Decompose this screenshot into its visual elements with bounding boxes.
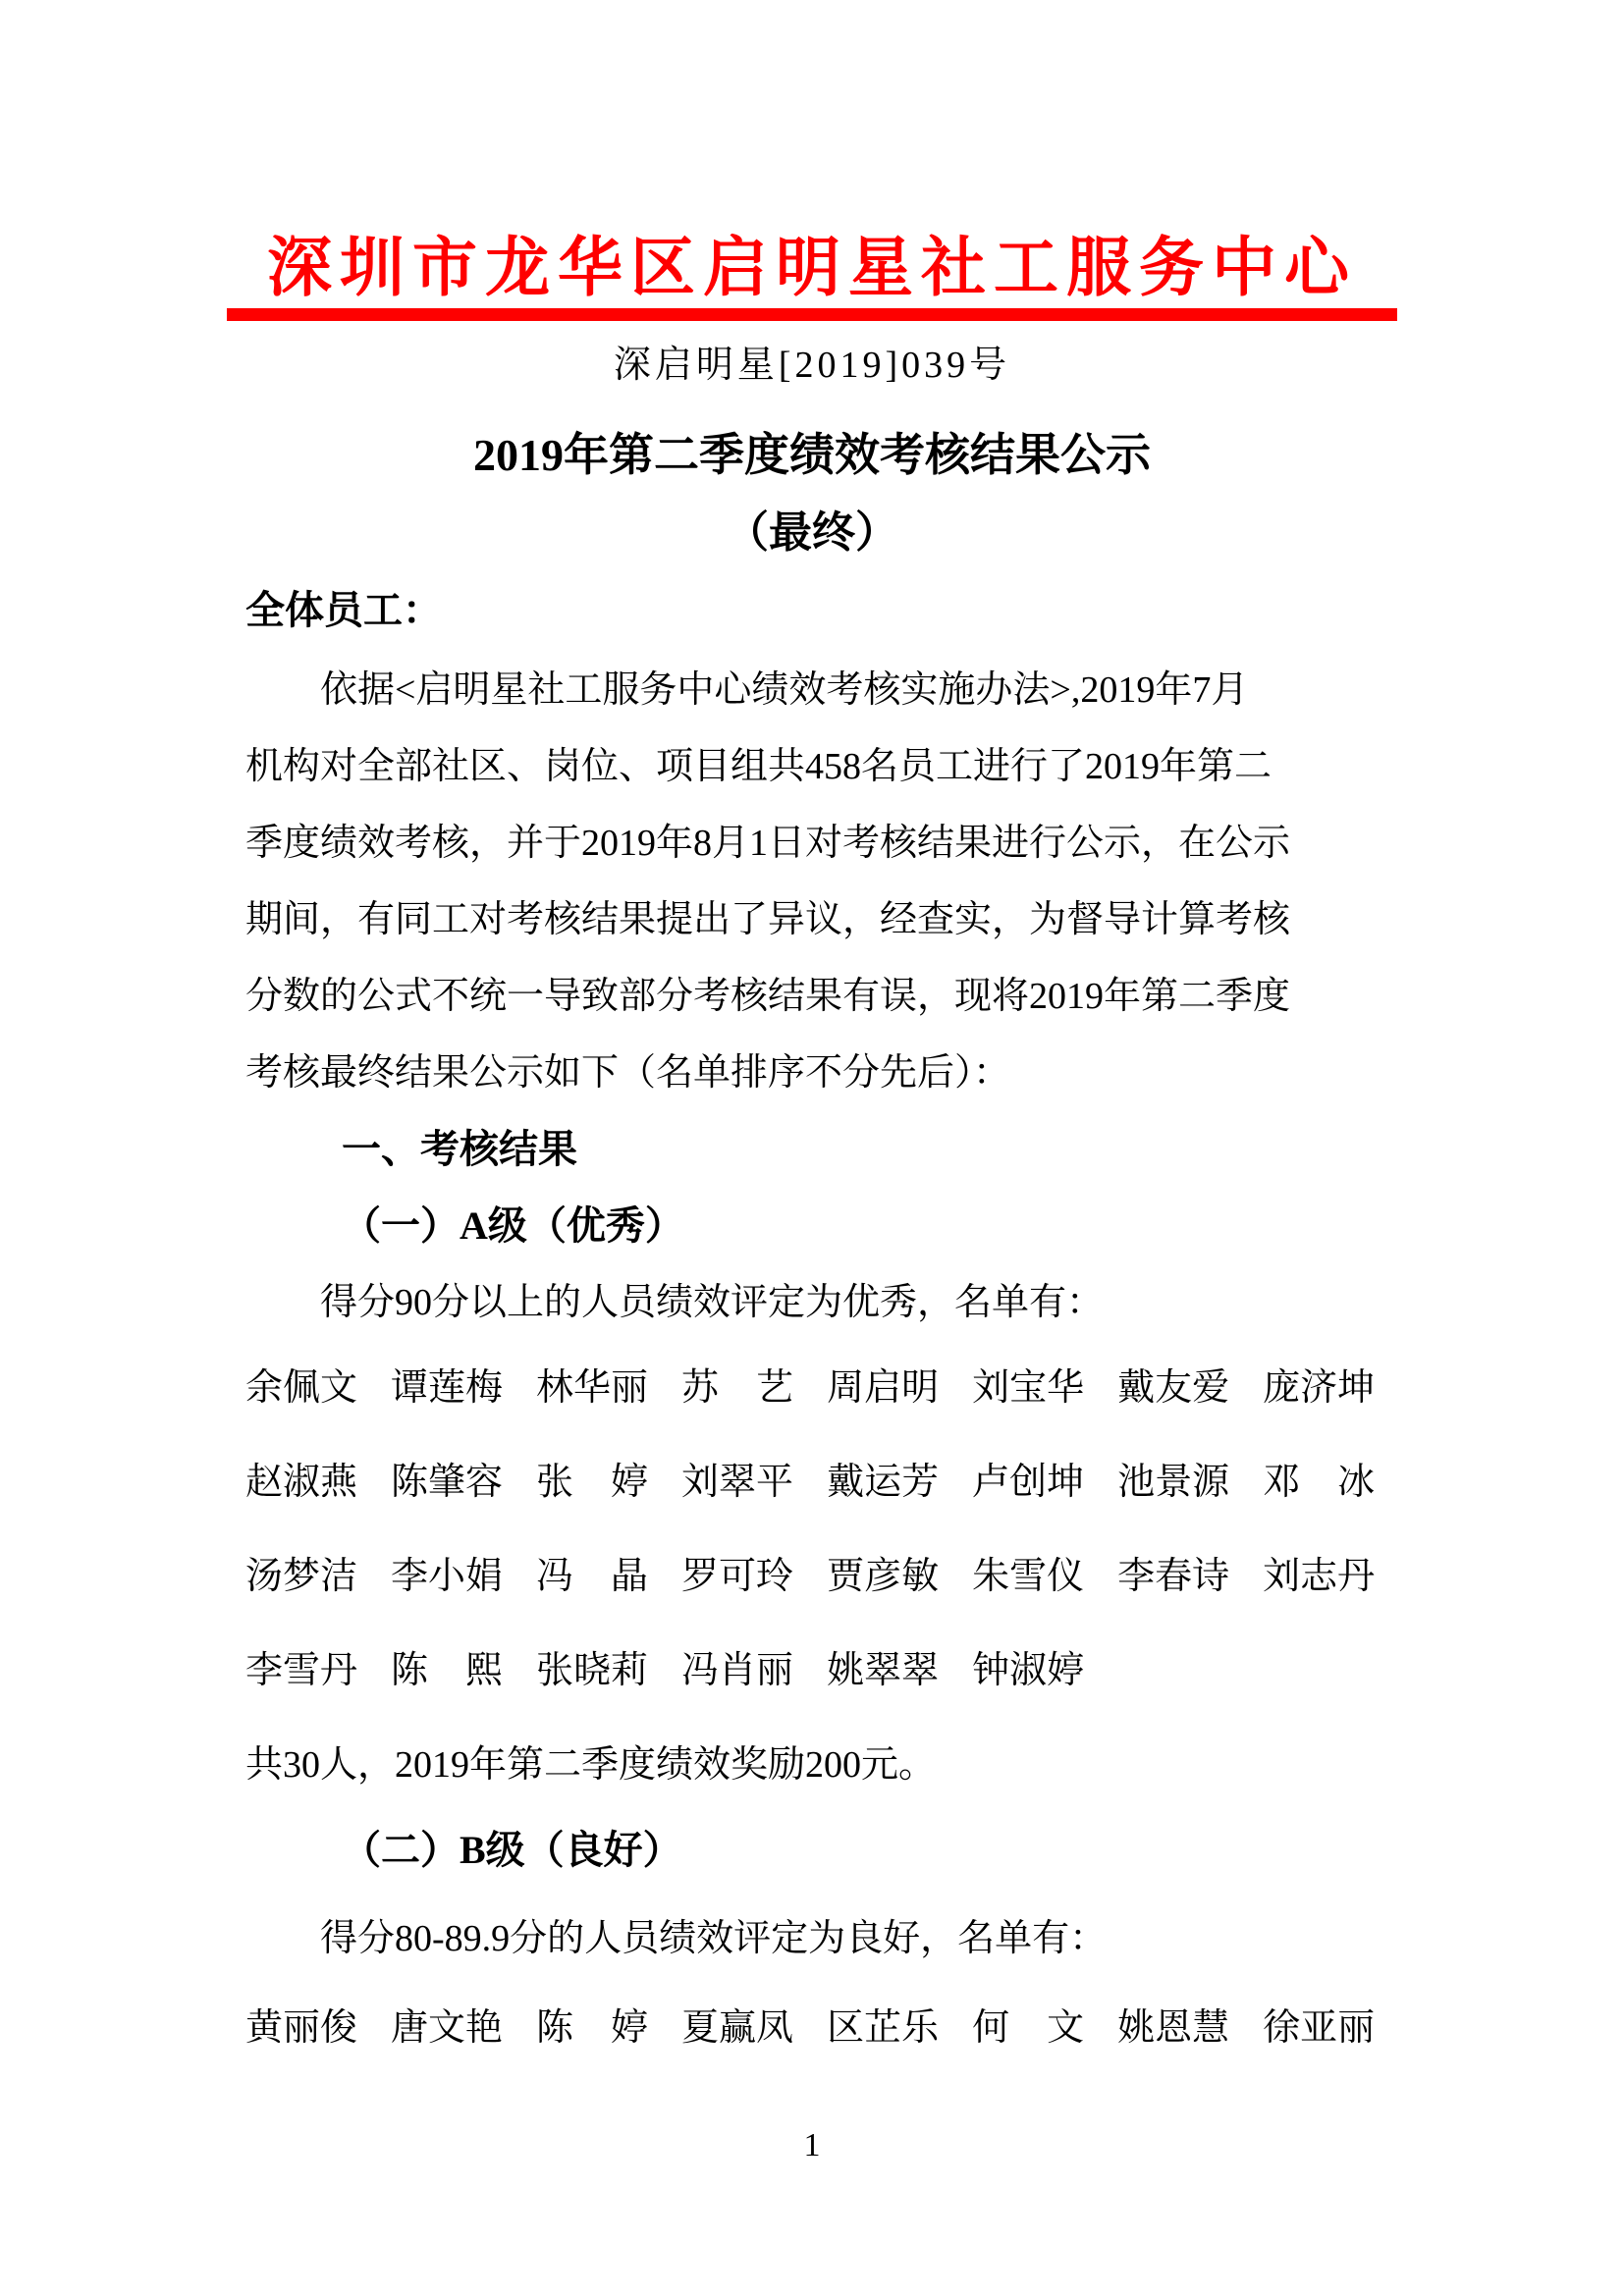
employee-name: 余佩文 (245, 1367, 357, 1409)
employee-name: 黄丽俊 (245, 2007, 357, 2049)
name-row: 赵淑燕陈肇容张 婷刘翠平戴运芳卢创坤池景源邓 冰 (245, 1435, 1394, 1529)
intro-line: 季度绩效考核，并于2019年8月1日对考核结果进行公示，在公示 (245, 805, 1394, 881)
employee-name: 何 文 (972, 2007, 1084, 2049)
intro-line: 依据<启明星社工服务中心绩效考核实施办法>,2019年7月 (245, 652, 1394, 728)
intro-line: 期间，有同工对考核结果提出了异议，经查实，为督导计算考核 (245, 881, 1394, 958)
subtitle: （最终） (0, 507, 1624, 560)
employee-name: 刘志丹 (1263, 1556, 1375, 1597)
salutation: 全体员工： (245, 585, 1394, 636)
name-row: 黄丽俊唐文艳陈 婷夏赢凤区芷乐何 文姚恩慧徐亚丽 (245, 1981, 1394, 2075)
org-title: 深圳市龙华区启明星社工服务中心 (0, 232, 1624, 302)
employee-name: 汤梦洁 (245, 1556, 357, 1597)
subsection-heading-grade-b: （二）B级（良好） (245, 1812, 1394, 1889)
name-row: 汤梦洁李小娟冯 晶罗可玲贾彦敏朱雪仪李春诗刘志丹 (245, 1529, 1394, 1624)
employee-name: 张 婷 (536, 1462, 648, 1503)
grade-b-criteria: 得分80-89.9分的人员绩效评定为良好，名单有： (245, 1900, 1394, 1977)
grade-a-summary: 共30人，2019年第二季度绩效奖励200元。 (245, 1718, 1394, 1812)
employee-name: 罗可玲 (681, 1556, 793, 1597)
employee-name: 李雪丹 (245, 1650, 357, 1691)
employee-name: 夏赢凤 (681, 2007, 793, 2049)
employee-name: 钟淑婷 (972, 1650, 1084, 1691)
employee-name: 冯 晶 (536, 1556, 648, 1597)
employee-name: 戴运芳 (827, 1462, 939, 1503)
employee-name: 姚恩慧 (1117, 2007, 1229, 2049)
employee-name: 唐文艳 (391, 2007, 503, 2049)
employee-name: 林华丽 (536, 1367, 648, 1409)
employee-name: 区芷乐 (827, 2007, 939, 2049)
employee-name: 池景源 (1117, 1462, 1229, 1503)
employee-name: 张晓莉 (536, 1650, 648, 1691)
grade-b-name-list: 黄丽俊唐文艳陈 婷夏赢凤区芷乐何 文姚恩慧徐亚丽 (245, 1981, 1394, 2075)
employee-name: 庞济坤 (1263, 1367, 1375, 1409)
employee-name: 陈 婷 (536, 2007, 648, 2049)
employee-name: 李春诗 (1117, 1556, 1229, 1597)
employee-name: 刘宝华 (972, 1367, 1084, 1409)
employee-name: 卢创坤 (972, 1462, 1084, 1503)
intro-line: 考核最终结果公示如下（名单排序不分先后）： (245, 1035, 1394, 1111)
employee-name: 李小娟 (391, 1556, 503, 1597)
employee-name: 赵淑燕 (245, 1462, 357, 1503)
employee-name: 邓 冰 (1263, 1462, 1375, 1503)
employee-name: 刘翠平 (681, 1462, 793, 1503)
grade-a-name-list: 余佩文谭莲梅林华丽苏 艺周启明刘宝华戴友爱庞济坤 赵淑燕陈肇容张 婷刘翠平戴运芳… (245, 1341, 1394, 1718)
intro-paragraph: 依据<启明星社工服务中心绩效考核实施办法>,2019年7月 机构对全部社区、岗位… (245, 652, 1394, 1111)
intro-line: 分数的公式不统一导致部分考核结果有误，现将2019年第二季度 (245, 958, 1394, 1035)
header-divider (227, 308, 1397, 321)
employee-name: 陈肇容 (391, 1462, 503, 1503)
doc-number: 深启明星[2019]039号 (0, 342, 1624, 389)
section-heading-results: 一、考核结果 (245, 1111, 1394, 1188)
employee-name: 苏 艺 (681, 1367, 793, 1409)
employee-name: 朱雪仪 (972, 1556, 1084, 1597)
document-body: 全体员工： 依据<启明星社工服务中心绩效考核实施办法>,2019年7月 机构对全… (245, 585, 1394, 2075)
employee-name: 贾彦敏 (827, 1556, 939, 1597)
grade-a-criteria: 得分90分以上的人员绩效评定为优秀，名单有： (245, 1264, 1394, 1341)
employee-name: 冯肖丽 (681, 1650, 793, 1691)
subsection-heading-grade-a: （一）A级（优秀） (245, 1188, 1394, 1264)
employee-name: 陈 熙 (391, 1650, 503, 1691)
intro-line: 机构对全部社区、岗位、项目组共458名员工进行了2019年第二 (245, 728, 1394, 805)
name-row: 余佩文谭莲梅林华丽苏 艺周启明刘宝华戴友爱庞济坤 (245, 1341, 1394, 1435)
page-title: 2019年第二季度绩效考核结果公示 (0, 428, 1624, 483)
employee-name: 姚翠翠 (827, 1650, 939, 1691)
employee-name: 周启明 (827, 1367, 939, 1409)
page-number: 1 (0, 2128, 1624, 2163)
name-row: 李雪丹陈 熙张晓莉冯肖丽姚翠翠钟淑婷 (245, 1624, 1394, 1718)
document-page: 深圳市龙华区启明星社工服务中心 深启明星[2019]039号 2019年第二季度… (0, 0, 1624, 2296)
employee-name: 徐亚丽 (1263, 2007, 1375, 2049)
employee-name: 戴友爱 (1117, 1367, 1229, 1409)
employee-name: 谭莲梅 (391, 1367, 503, 1409)
